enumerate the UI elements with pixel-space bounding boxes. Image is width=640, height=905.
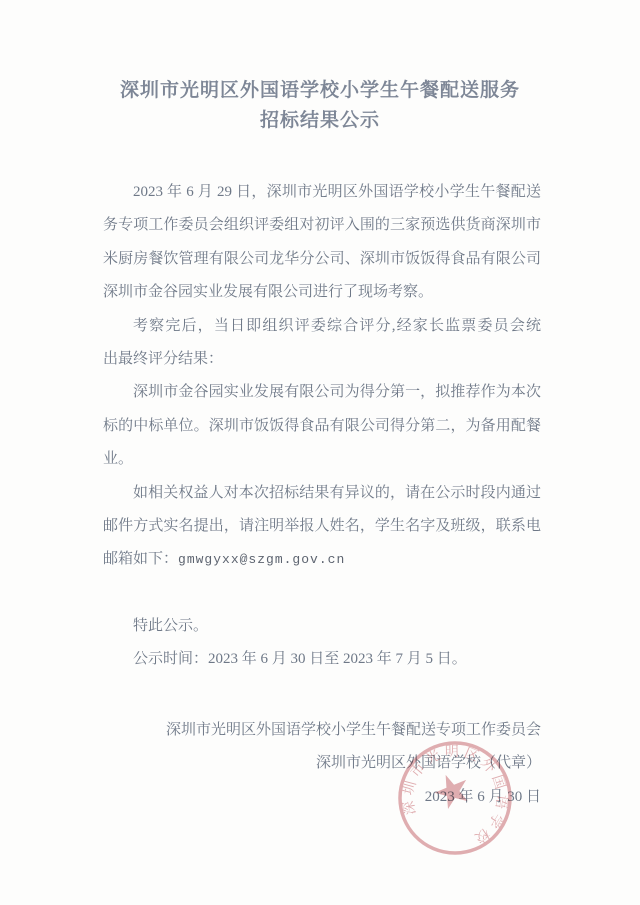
paragraph-line: 标的中标单位。深圳市饭饭得食品有限公司得分第二，为备用配餐企 [103, 410, 541, 443]
scanned-document-page: 深圳市光明区外国语学校小学生午餐配送服务 招标结果公示 2023 年 6 月 2… [0, 0, 640, 905]
paragraph-line: 深圳市金谷园实业发展有限公司进行了现场考察。 [103, 276, 541, 309]
email-label: 邮箱如下： [103, 551, 178, 567]
paragraph-line: 出最终评分结果： [103, 343, 541, 376]
paragraph-line: 2023 年 6 月 29 日，深圳市光明区外国语学校小学生午餐配送服 [103, 176, 541, 209]
paragraph-line: 业。 [103, 443, 541, 476]
document-body: 2023 年 6 月 29 日，深圳市光明区外国语学校小学生午餐配送服 务专项工… [103, 176, 541, 677]
email-line: 邮箱如下：gmwgyxx@szgm.gov.cn [103, 543, 541, 576]
document-title: 深圳市光明区外国语学校小学生午餐配送服务 招标结果公示 [0, 76, 640, 136]
contact-email: gmwgyxx@szgm.gov.cn [178, 552, 345, 567]
notice-line: 特此公示。 [103, 610, 541, 643]
paragraph-line: 考察完后，当日即组织评委综合评分,经家长监票委员会统计，得 [103, 310, 541, 343]
paragraph-line: 深圳市金谷园实业发展有限公司为得分第一，拟推荐作为本次招 [103, 376, 541, 409]
signature-school: 深圳市光明区外国语学校（代章） [103, 747, 541, 780]
paragraph-line: 如相关权益人对本次招标结果有异议的，请在公示时段内通过发 [103, 477, 541, 510]
signature-date: 2023 年 6 月 30 日 [103, 781, 541, 814]
signature-committee: 深圳市光明区外国语学校小学生午餐配送专项工作委员会 [103, 714, 541, 747]
paragraph-line: 务专项工作委员会组织评委组对初评入围的三家预选供货商深圳市一 [103, 209, 541, 242]
paragraph-line: 邮件方式实名提出，请注明举报人姓名，学生名字及班级，联系电话。 [103, 510, 541, 543]
publicity-period-line: 公示时间：2023 年 6 月 30 日至 2023 年 7 月 5 日。 [103, 643, 541, 676]
blank-line [103, 577, 541, 610]
paragraph-line: 米厨房餐饮管理有限公司龙华分公司、深圳市饭饭得食品有限公司及 [103, 243, 541, 276]
document-title-line2: 招标结果公示 [0, 106, 640, 136]
document-title-line1: 深圳市光明区外国语学校小学生午餐配送服务 [0, 76, 640, 106]
signature-block: 深圳市光明区外国语学校小学生午餐配送专项工作委员会 深圳市光明区外国语学校（代章… [103, 714, 541, 814]
